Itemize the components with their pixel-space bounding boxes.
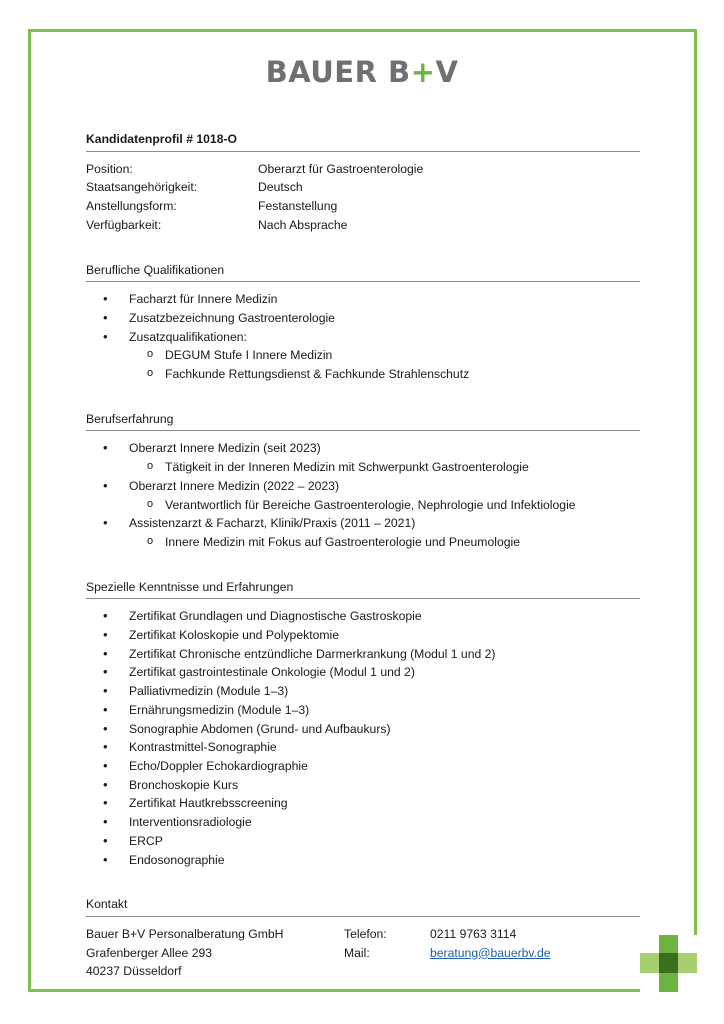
contact-block: Bauer B+V Personalberatung GmbH Grafenbe…	[86, 925, 640, 981]
experience-list: Oberarzt Innere Medizin (seit 2023)Tätig…	[86, 439, 640, 551]
skill-item: Sonographie Abdomen (Grund- und Aufbauku…	[86, 720, 640, 739]
skill-item: Interventionsradiologie	[86, 813, 640, 832]
contact-values: 0211 9763 3114 beratung@bauerbv.de	[430, 925, 551, 981]
list-item: Zusatzbezeichnung Gastroenterologie	[86, 309, 640, 328]
mail-label: Mail:	[344, 944, 430, 963]
skills-heading: Spezielle Kenntnisse und Erfahrungen	[86, 578, 640, 600]
skill-item: Zertifikat Koloskopie und Polypektomie	[86, 626, 640, 645]
field-label: Staatsangehörigkeit:	[86, 178, 258, 197]
skills-list: Zertifikat Grundlagen und Diagnostische …	[86, 607, 640, 869]
field-label: Verfügbarkeit:	[86, 216, 258, 235]
candidate-profile: Kandidatenprofil # 1018-O Position:Obera…	[86, 130, 640, 981]
qualifications-heading: Berufliche Qualifikationen	[86, 261, 640, 283]
contact-heading: Kontakt	[86, 895, 640, 917]
plus-center	[659, 953, 678, 973]
contact-company: Bauer B+V Personalberatung GmbH	[86, 925, 344, 944]
list-item: Oberarzt Innere Medizin (seit 2023)	[86, 439, 640, 458]
skill-item: Zertifikat gastrointestinale Onkologie (…	[86, 663, 640, 682]
sub-list-item: Verantwortlich für Bereiche Gastroentero…	[86, 496, 640, 515]
list-item: Zusatzqualifikationen:	[86, 328, 640, 347]
skill-item: Ernährungsmedizin (Module 1–3)	[86, 701, 640, 720]
field-value: Festanstellung	[258, 197, 337, 216]
field-label: Anstellungsform:	[86, 197, 258, 216]
skill-item: Zertifikat Hautkrebsscreening	[86, 794, 640, 813]
logo-text-right: V	[435, 55, 458, 89]
field-value: Nach Absprache	[258, 216, 347, 235]
experience-heading: Berufserfahrung	[86, 410, 640, 432]
company-logo: BAUER B+V	[0, 55, 724, 89]
list-item: Oberarzt Innere Medizin (2022 – 2023)	[86, 477, 640, 496]
logo-text-left: BAUER B	[266, 55, 411, 89]
skill-item: Palliativmedizin (Module 1–3)	[86, 682, 640, 701]
field-value: Oberarzt für Gastroenterologie	[258, 160, 423, 179]
phone-label: Telefon:	[344, 925, 430, 944]
sub-list-item: Tätigkeit in der Inneren Medizin mit Sch…	[86, 458, 640, 477]
profile-fields: Position:Oberarzt für GastroenterologieS…	[86, 160, 640, 235]
skill-item: Echo/Doppler Echokardiographie	[86, 757, 640, 776]
list-item: Facharzt für Innere Medizin	[86, 290, 640, 309]
page-border-left	[28, 29, 31, 992]
field-value: Deutsch	[258, 178, 303, 197]
green-plus-icon	[640, 935, 697, 992]
list-item: Assistenzarzt & Facharzt, Klinik/Praxis …	[86, 514, 640, 533]
skill-item: Zertifikat Grundlagen und Diagnostische …	[86, 607, 640, 626]
skill-item: Kontrastmittel-Sonographie	[86, 738, 640, 757]
page-border-top	[28, 29, 696, 32]
mail-link[interactable]: beratung@bauerbv.de	[430, 946, 551, 960]
contact-city: 40237 Düsseldorf	[86, 962, 344, 981]
profile-field-row: Verfügbarkeit:Nach Absprache	[86, 216, 640, 235]
contact-labels: Telefon: Mail:	[344, 925, 430, 981]
profile-field-row: Staatsangehörigkeit:Deutsch	[86, 178, 640, 197]
skill-item: Bronchoskopie Kurs	[86, 776, 640, 795]
field-label: Position:	[86, 160, 258, 179]
logo-plus-icon: +	[411, 55, 436, 89]
contact-address: Bauer B+V Personalberatung GmbH Grafenbe…	[86, 925, 344, 981]
skill-item: Endosonographie	[86, 851, 640, 870]
skill-item: ERCP	[86, 832, 640, 851]
contact-street: Grafenberger Allee 293	[86, 944, 344, 963]
sub-list-item: DEGUM Stufe I Innere Medizin	[86, 346, 640, 365]
profile-field-row: Position:Oberarzt für Gastroenterologie	[86, 160, 640, 179]
page-border-bottom	[28, 989, 640, 992]
skill-item: Zertifikat Chronische entzündliche Darme…	[86, 645, 640, 664]
qualifications-list: Facharzt für Innere MedizinZusatzbezeich…	[86, 290, 640, 384]
phone-number: 0211 9763 3114	[430, 925, 551, 944]
sub-list-item: Fachkunde Rettungsdienst & Fachkunde Str…	[86, 365, 640, 384]
sub-list-item: Innere Medizin mit Fokus auf Gastroenter…	[86, 533, 640, 552]
page-border-right	[694, 29, 697, 935]
profile-field-row: Anstellungsform:Festanstellung	[86, 197, 640, 216]
profile-title: Kandidatenprofil # 1018-O	[86, 130, 640, 152]
